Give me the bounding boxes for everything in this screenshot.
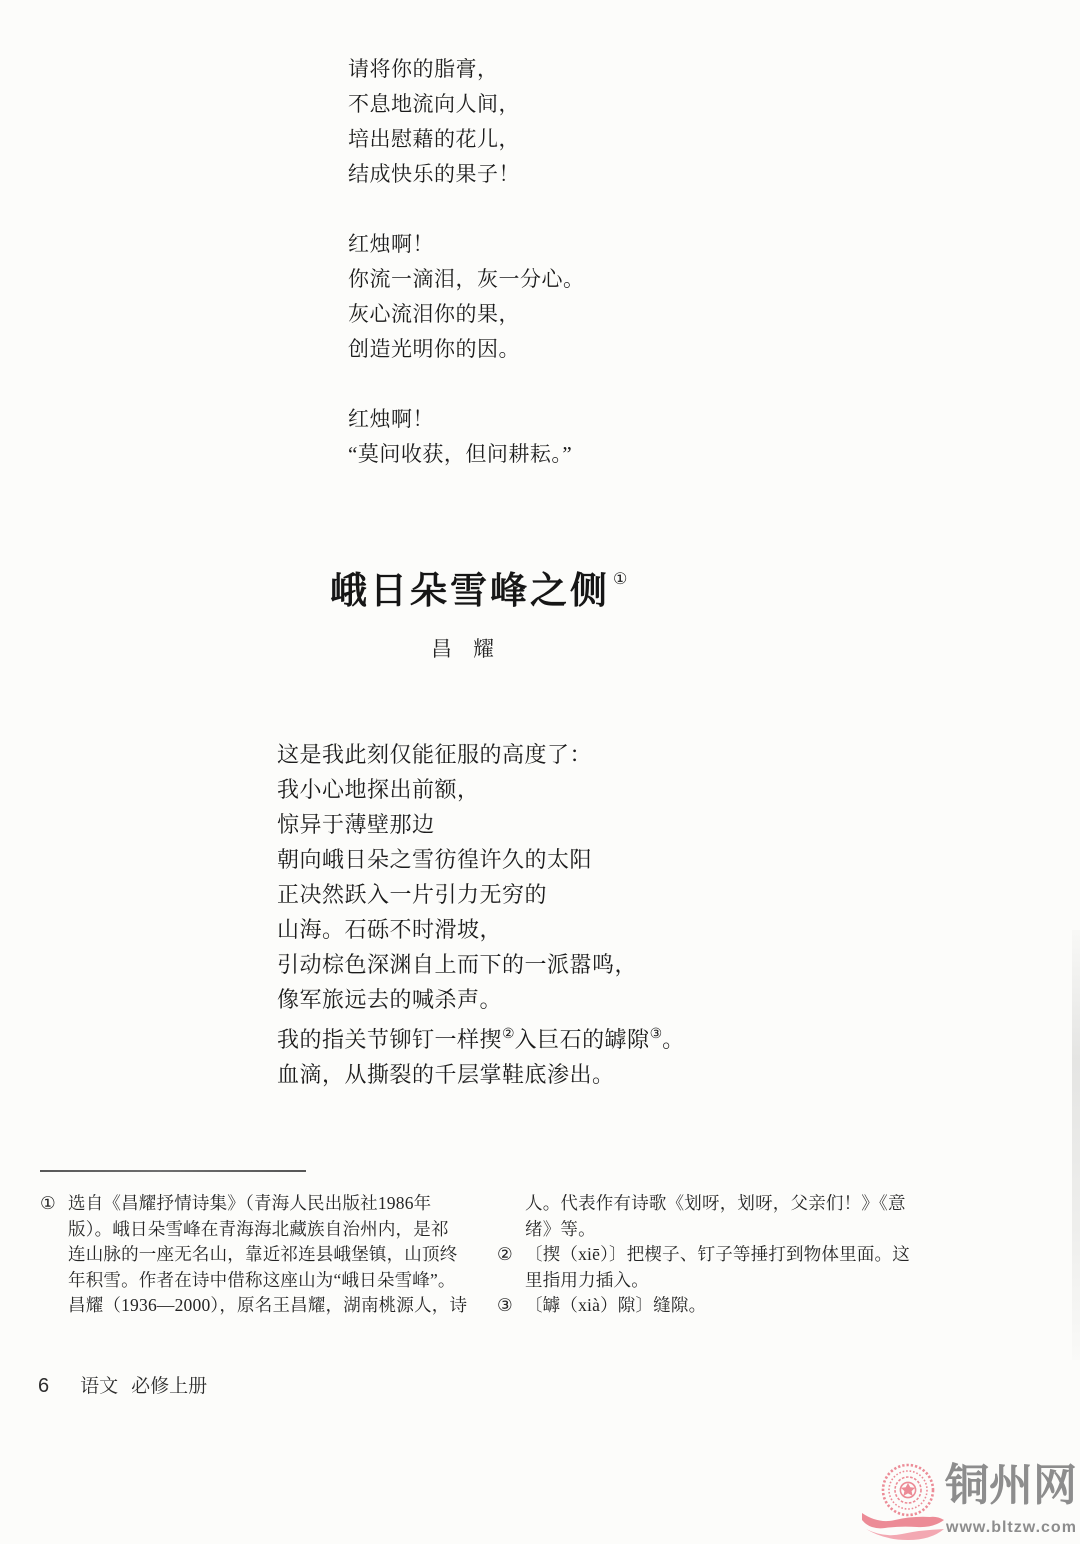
footnote-ref-1: ①: [613, 571, 627, 588]
footnote-2-text: 〔揳（xiē）〕把楔子、钉子等捶打到物体里面。这: [525, 1244, 910, 1264]
page-number: 6: [38, 1375, 49, 1397]
footnotes-left-column: ①选自《昌耀抒情诗集》（青海人民出版社1986年 版）。峨日朵雪峰在青海海北藏族…: [40, 1191, 492, 1319]
poem-line: 红烛啊！: [348, 402, 585, 437]
watermark-site-url: www.bltzw.com: [946, 1519, 1077, 1537]
poem-line-part: 我的指关节铆钉一样揳: [277, 1027, 502, 1052]
poem-line: 创造光明你的因。: [348, 332, 585, 367]
footnote-2-line: 里指用力插入。: [497, 1268, 959, 1294]
poem-line: “莫问收获，但问耕耘。”: [348, 437, 585, 472]
poem-line: 惊异于薄壁那边: [277, 807, 685, 842]
previous-poem-excerpt: 请将你的脂膏， 不息地流向人间， 培出慰藉的花儿， 结成快乐的果子！ 红烛啊！ …: [348, 52, 585, 472]
poem-line: 结成快乐的果子！: [348, 157, 585, 192]
poem-line-part: 入巨石的罅隙: [515, 1027, 650, 1052]
poem-line: 正决然跃入一片引力无穷的: [277, 877, 685, 912]
excerpt-stanza: 红烛啊！ “莫问收获，但问耕耘。”: [348, 402, 585, 472]
watermark: 铜州网 www.bltzw.com: [858, 1455, 1074, 1544]
footnote-1-continuation: 绪》等。: [497, 1217, 959, 1243]
footnote-1-line: 版）。峨日朵雪峰在青海海北藏族自治州内，是祁: [40, 1217, 492, 1243]
poem-line: 朝向峨日朵之雪彷徨许久的太阳: [277, 842, 685, 877]
footnote-3-text: 〔罅（xià）隙〕缝隙。: [525, 1295, 706, 1315]
footnote-1-marker: ①: [40, 1191, 68, 1217]
poem-line: 这是我此刻仅能征服的高度了：: [277, 737, 685, 772]
poem-line: 像军旅远去的喊杀声。: [277, 982, 685, 1017]
footnote-1-continuation: 人。代表作有诗歌《划呀，划呀，父亲们！》《意: [497, 1191, 959, 1217]
textbook-page: 请将你的脂膏， 不息地流向人间， 培出慰藉的花儿， 结成快乐的果子！ 红烛啊！ …: [0, 0, 1080, 1544]
footnotes-right-column: 人。代表作有诗歌《划呀，划呀，父亲们！》《意 绪》等。 ②〔揳（xiē）〕把楔子…: [497, 1191, 959, 1319]
poem-body: 这是我此刻仅能征服的高度了： 我小心地探出前额， 惊异于薄壁那边 朝向峨日朵之雪…: [277, 737, 685, 1092]
poem-line-part: 。: [662, 1027, 685, 1052]
excerpt-stanza: 请将你的脂膏， 不息地流向人间， 培出慰藉的花儿， 结成快乐的果子！: [348, 52, 585, 192]
watermark-site-name: 铜州网: [945, 1464, 1077, 1508]
poem-line: 不息地流向人间，: [348, 87, 585, 122]
poem-line: 引动棕色深渊自上而下的一派嚣鸣，: [277, 947, 685, 982]
poem-line: 灰心流泪你的果，: [348, 297, 585, 332]
poem-title: 峨日朵雪峰之侧①: [330, 560, 627, 614]
footnote-1-line: 连山脉的一座无名山，靠近祁连县峨堡镇，山顶终: [40, 1242, 492, 1268]
footnote-2-marker: ②: [497, 1242, 525, 1268]
excerpt-stanza: 红烛啊！ 你流一滴泪，灰一分心。 灰心流泪你的果， 创造光明你的因。: [348, 227, 585, 367]
poem-line: 山海。石砾不时滑坡，: [277, 912, 685, 947]
footer-volume: 必修上册: [131, 1376, 207, 1397]
poem-line: 血滴，从撕裂的千层掌鞋底渗出。: [277, 1057, 685, 1092]
scan-artifact: [1072, 930, 1080, 1360]
footnote-3-line: ③〔罅（xià）隙〕缝隙。: [497, 1293, 959, 1319]
poem-line: 我小心地探出前额，: [277, 772, 685, 807]
poem-line: 请将你的脂膏，: [348, 52, 585, 87]
footnote-2-line: ②〔揳（xiē）〕把楔子、钉子等捶打到物体里面。这: [497, 1242, 959, 1268]
page-footer: 6语文必修上册: [38, 1371, 207, 1398]
poem-title-text: 峨日朵雪峰之侧: [330, 571, 610, 612]
footer-subject: 语文: [80, 1376, 118, 1397]
footnote-1-line: ①选自《昌耀抒情诗集》（青海人民出版社1986年: [40, 1191, 492, 1217]
footnote-ref-3: ③: [650, 1027, 663, 1042]
watermark-seal-icon: [858, 1457, 948, 1544]
poem-author: 昌 耀: [431, 633, 494, 663]
footnote-3-marker: ③: [497, 1293, 525, 1319]
footnote-1-line: 年积雪。作者在诗中借称这座山为“峨日朵雪峰”。: [40, 1268, 492, 1294]
poem-line: 培出慰藉的花儿，: [348, 122, 585, 157]
footnote-divider: [40, 1170, 306, 1172]
poem-line: 红烛啊！: [348, 227, 585, 262]
footnote-ref-2: ②: [502, 1027, 515, 1042]
footnote-1-line: 昌耀（1936—2000），原名王昌耀，湖南桃源人，诗: [40, 1293, 492, 1319]
footnote-1-text: 选自《昌耀抒情诗集》（青海人民出版社1986年: [68, 1193, 431, 1213]
poem-line: 你流一滴泪，灰一分心。: [348, 262, 585, 297]
poem-line-with-refs: 我的指关节铆钉一样揳②入巨石的罅隙③。: [277, 1017, 685, 1057]
